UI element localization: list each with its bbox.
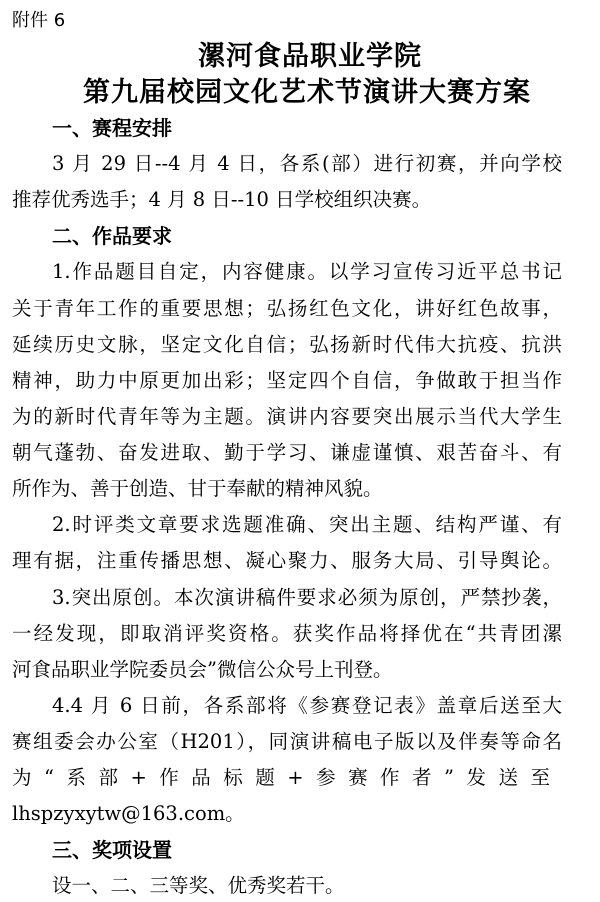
email-line: lhspzyxytw@163.com。	[12, 798, 562, 826]
paragraph-line: 赛组委会办公室（H201），同演讲稿电子版以及伴奏等命名	[12, 726, 562, 754]
section-heading-awards: 三、奖项设置	[52, 834, 172, 863]
paragraph-line: 精神，助力中原更加出彩；坚定四个自信，争做敢于担当作	[12, 365, 562, 393]
paragraph-line: 延续历史文脉，坚定文化自信；弘扬新时代伟大抗疫、抗洪	[12, 329, 562, 357]
paragraph-line: 2.时评类文章要求选题准确、突出主题、结构严谨、有	[52, 509, 562, 537]
attachment-label: 附件 6	[12, 6, 65, 32]
paragraph-line: 1.作品题目自定，内容健康。以学习宣传习近平总书记	[52, 256, 562, 284]
paragraph-line: 理有据，注重传播思想、凝心聚力、服务大局、引导舆论。	[12, 545, 562, 573]
paragraph-line: 河食品职业学院委员会”微信公众号上刊登。	[12, 654, 562, 682]
section-heading-schedule: 一、赛程安排	[52, 112, 172, 141]
title-event: 第九届校园文化艺术节演讲大赛方案	[0, 70, 600, 109]
title-institution: 漯河食品职业学院	[0, 34, 600, 73]
section-heading-requirements: 二、作品要求	[52, 220, 172, 249]
paragraph-line: 推荐优秀选手；4 月 8 日--10 日学校组织决赛。	[12, 184, 562, 212]
paragraph-line: 3 月 29 日--4 月 4 日，各系(部）进行初赛，并向学校	[52, 148, 562, 176]
paragraph-line: 设一、二、三等奖、优秀奖若干。	[52, 870, 562, 898]
paragraph-line: 一经发现，即取消评奖资格。获奖作品将择优在“共青团漯	[12, 618, 562, 646]
paragraph-line: 关于青年工作的重要思想；弘扬红色文化，讲好红色故事，	[12, 293, 562, 321]
paragraph-line: 朝气蓬勃、奋发进取、勤于学习、谦虚谨慎、艰苦奋斗、有	[12, 437, 562, 465]
paragraph-line: 所作为、善于创造、甘于奉献的精神风貌。	[12, 473, 562, 501]
paragraph-line: 为“系部+作品标题+参赛作者”发送至	[12, 762, 562, 790]
paragraph-line: 4.4 月 6 日前，各系部将《参赛登记表》盖章后送至大	[52, 690, 562, 718]
paragraph-line: 为的新时代青年等为主题。演讲内容要突出展示当代大学生	[12, 401, 562, 429]
paragraph-line: 3.突出原创。本次演讲稿件要求必须为原创，严禁抄袭，	[52, 582, 562, 610]
